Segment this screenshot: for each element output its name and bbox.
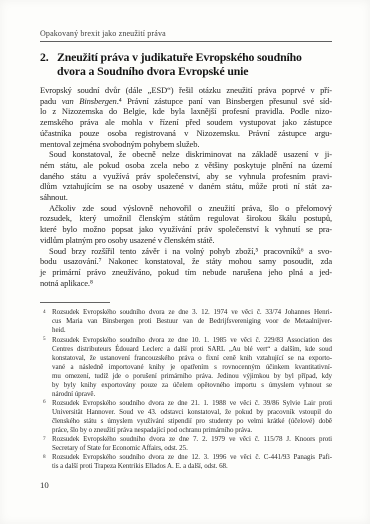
footnote-text: Rozsudek Evropského soudního dvora ze dn…: [52, 435, 332, 453]
header-divider: [40, 41, 332, 42]
body-text: Evropský soudní dvůr (dále „ESD“) řešil …: [40, 85, 332, 288]
text-line: Rozsudek Evropského soudního dvora ze dn…: [52, 399, 332, 408]
section-heading-line1: 2.Zneužití práva v judikatuře Evropského…: [40, 50, 332, 64]
text-line: Soud konstatoval, že obecně nelze diskri…: [40, 149, 332, 160]
text-line: sáhnout.: [40, 192, 332, 203]
text-line: Centres distributeurs Édouard Leclerc a …: [52, 345, 332, 354]
footnote-text: Rozsudek Evropského soudního dvora ze dn…: [52, 308, 332, 335]
text-line: Evropský soudní dvůr (dále „ESD“) řešil …: [40, 85, 332, 96]
text-line: Rozsudek Evropského soudního dvora ze dn…: [52, 336, 332, 345]
text-line: zemského práva ale mohla v řízení před s…: [40, 117, 332, 128]
text-line: lo z Nizozemska do Belgie, kde byla laxn…: [40, 106, 332, 117]
text-line: vidlům platným pro osoby usazené v člens…: [40, 235, 332, 246]
footnote-number: 5: [43, 335, 46, 344]
text-line: mentoval zejména svobodným pohybem služe…: [40, 139, 332, 150]
text-line: je primární právo zneužíváno, pokud tím …: [40, 267, 332, 278]
footnote-number: 7: [43, 435, 46, 444]
case-name-italic: van Binsbergen: [62, 96, 117, 106]
paragraph-2: Soud konstatoval, že obecně nelze diskri…: [40, 149, 332, 203]
section-heading: 2.Zneužití práva v judikatuře Evropského…: [40, 50, 332, 78]
paragraph-3: Ačkoliv zde soud výslovně nehovořil o zn…: [40, 203, 332, 246]
footnote-divider: [40, 302, 110, 303]
text-line: dlům vztahujícím se na osoby usazené v d…: [40, 181, 332, 192]
page-number: 10: [40, 480, 49, 490]
text-line: Universität Hannover. Soud ve 43. odstav…: [52, 408, 332, 417]
footnote-text: Rozsudek Evropského soudního dvora ze dn…: [52, 399, 332, 435]
document-page: Opakovaný brexit jako zneužití práva 2.Z…: [0, 0, 370, 524]
text-line: bodu usazování.⁷ Nakonec konstatoval, že…: [40, 256, 332, 267]
text-line: Rozsudek Evropského soudního dvora ze dn…: [52, 435, 332, 444]
footnote-number: 8: [43, 453, 46, 462]
text-line: Rozsudek Evropského soudního dvora ze dn…: [52, 308, 332, 317]
footnote-text: Rozsudek Evropského soudního dvora ze dn…: [52, 336, 332, 399]
text-line: rozsudek, který umožnil členským státům …: [40, 213, 332, 224]
text-line: účastníka pouze osoba registrovaná v Niz…: [40, 128, 332, 139]
running-head: Opakovaný brexit jako zneužití práva: [40, 29, 332, 38]
text-line: práce, šlo by o zneužití práva nespadají…: [52, 426, 332, 435]
text-line: padu van Binsbergen.⁴ Právní zástupce pa…: [40, 96, 332, 107]
text-fragment: .⁴ Právní zástupce paní van Binsbergen p…: [117, 96, 332, 106]
text-line: cus Maria van Binsbergen proti Bestuur v…: [52, 317, 332, 326]
section-heading-line2: dvora a Soudního dvora Evropské unie: [57, 64, 332, 78]
text-line: Ačkoliv zde soud výslovně nehovořil o zn…: [40, 203, 332, 214]
footnote-6: 6Rozsudek Evropského soudního dvora ze d…: [40, 399, 332, 435]
text-line: konstatoval, že ustanovení francouzského…: [52, 354, 332, 363]
text-line: Rozsudek Evropského soudního dvora ze dn…: [52, 453, 332, 462]
footnote-number: 4: [43, 308, 46, 317]
text-line: heid.: [52, 326, 332, 335]
section-heading-text: Zneužití práva v judikatuře Evropského s…: [57, 50, 302, 64]
footnote-4: 4Rozsudek Evropského soudního dvora ze d…: [40, 308, 332, 335]
text-line: Soud brzy rozšířil tento závěr i na voln…: [40, 246, 332, 257]
text-line: mu omezení, tudíž jde o porušení primárn…: [52, 372, 332, 381]
paragraph-4: Soud brzy rozšířil tento závěr i na voln…: [40, 246, 332, 289]
footnote-text: Rozsudek Evropského soudního dvora ze dn…: [52, 453, 332, 471]
text-line: tis a další proti Trapeza Kentrikis Ella…: [52, 462, 332, 471]
text-line: ném státu, ale pokud osoba zcela nebo z …: [40, 160, 332, 171]
text-fragment: padu: [40, 96, 62, 106]
footnote-7: 7Rozsudek Evropského soudního dvora ze d…: [40, 435, 332, 453]
section-number: 2.: [40, 50, 57, 64]
text-line: členského státu s úmyslem využívání stip…: [52, 417, 332, 426]
text-line: národní úpravě.: [52, 390, 332, 399]
text-line: notná aplikace.⁸: [40, 278, 332, 289]
footnote-number: 6: [43, 398, 46, 407]
footnote-8: 8Rozsudek Evropského soudního dvora ze d…: [40, 453, 332, 471]
footnotes-section: 4Rozsudek Evropského soudního dvora ze d…: [40, 308, 332, 471]
text-line: daného státu a využívá práv společenství…: [40, 171, 332, 182]
text-line: Secretary of State for Economic Affairs,…: [52, 444, 332, 453]
footnote-5: 5Rozsudek Evropského soudního dvora ze d…: [40, 336, 332, 399]
paragraph-1: Evropský soudní dvůr (dále „ESD“) řešil …: [40, 85, 332, 149]
text-line: by byly knihy exportovány pouze za účele…: [52, 381, 332, 390]
text-line: které bylo možno popsat jako využívání p…: [40, 224, 332, 235]
text-line: vané a následně importované knihy je opa…: [52, 363, 332, 372]
text-block: Opakovaný brexit jako zneužití práva 2.Z…: [40, 0, 332, 471]
